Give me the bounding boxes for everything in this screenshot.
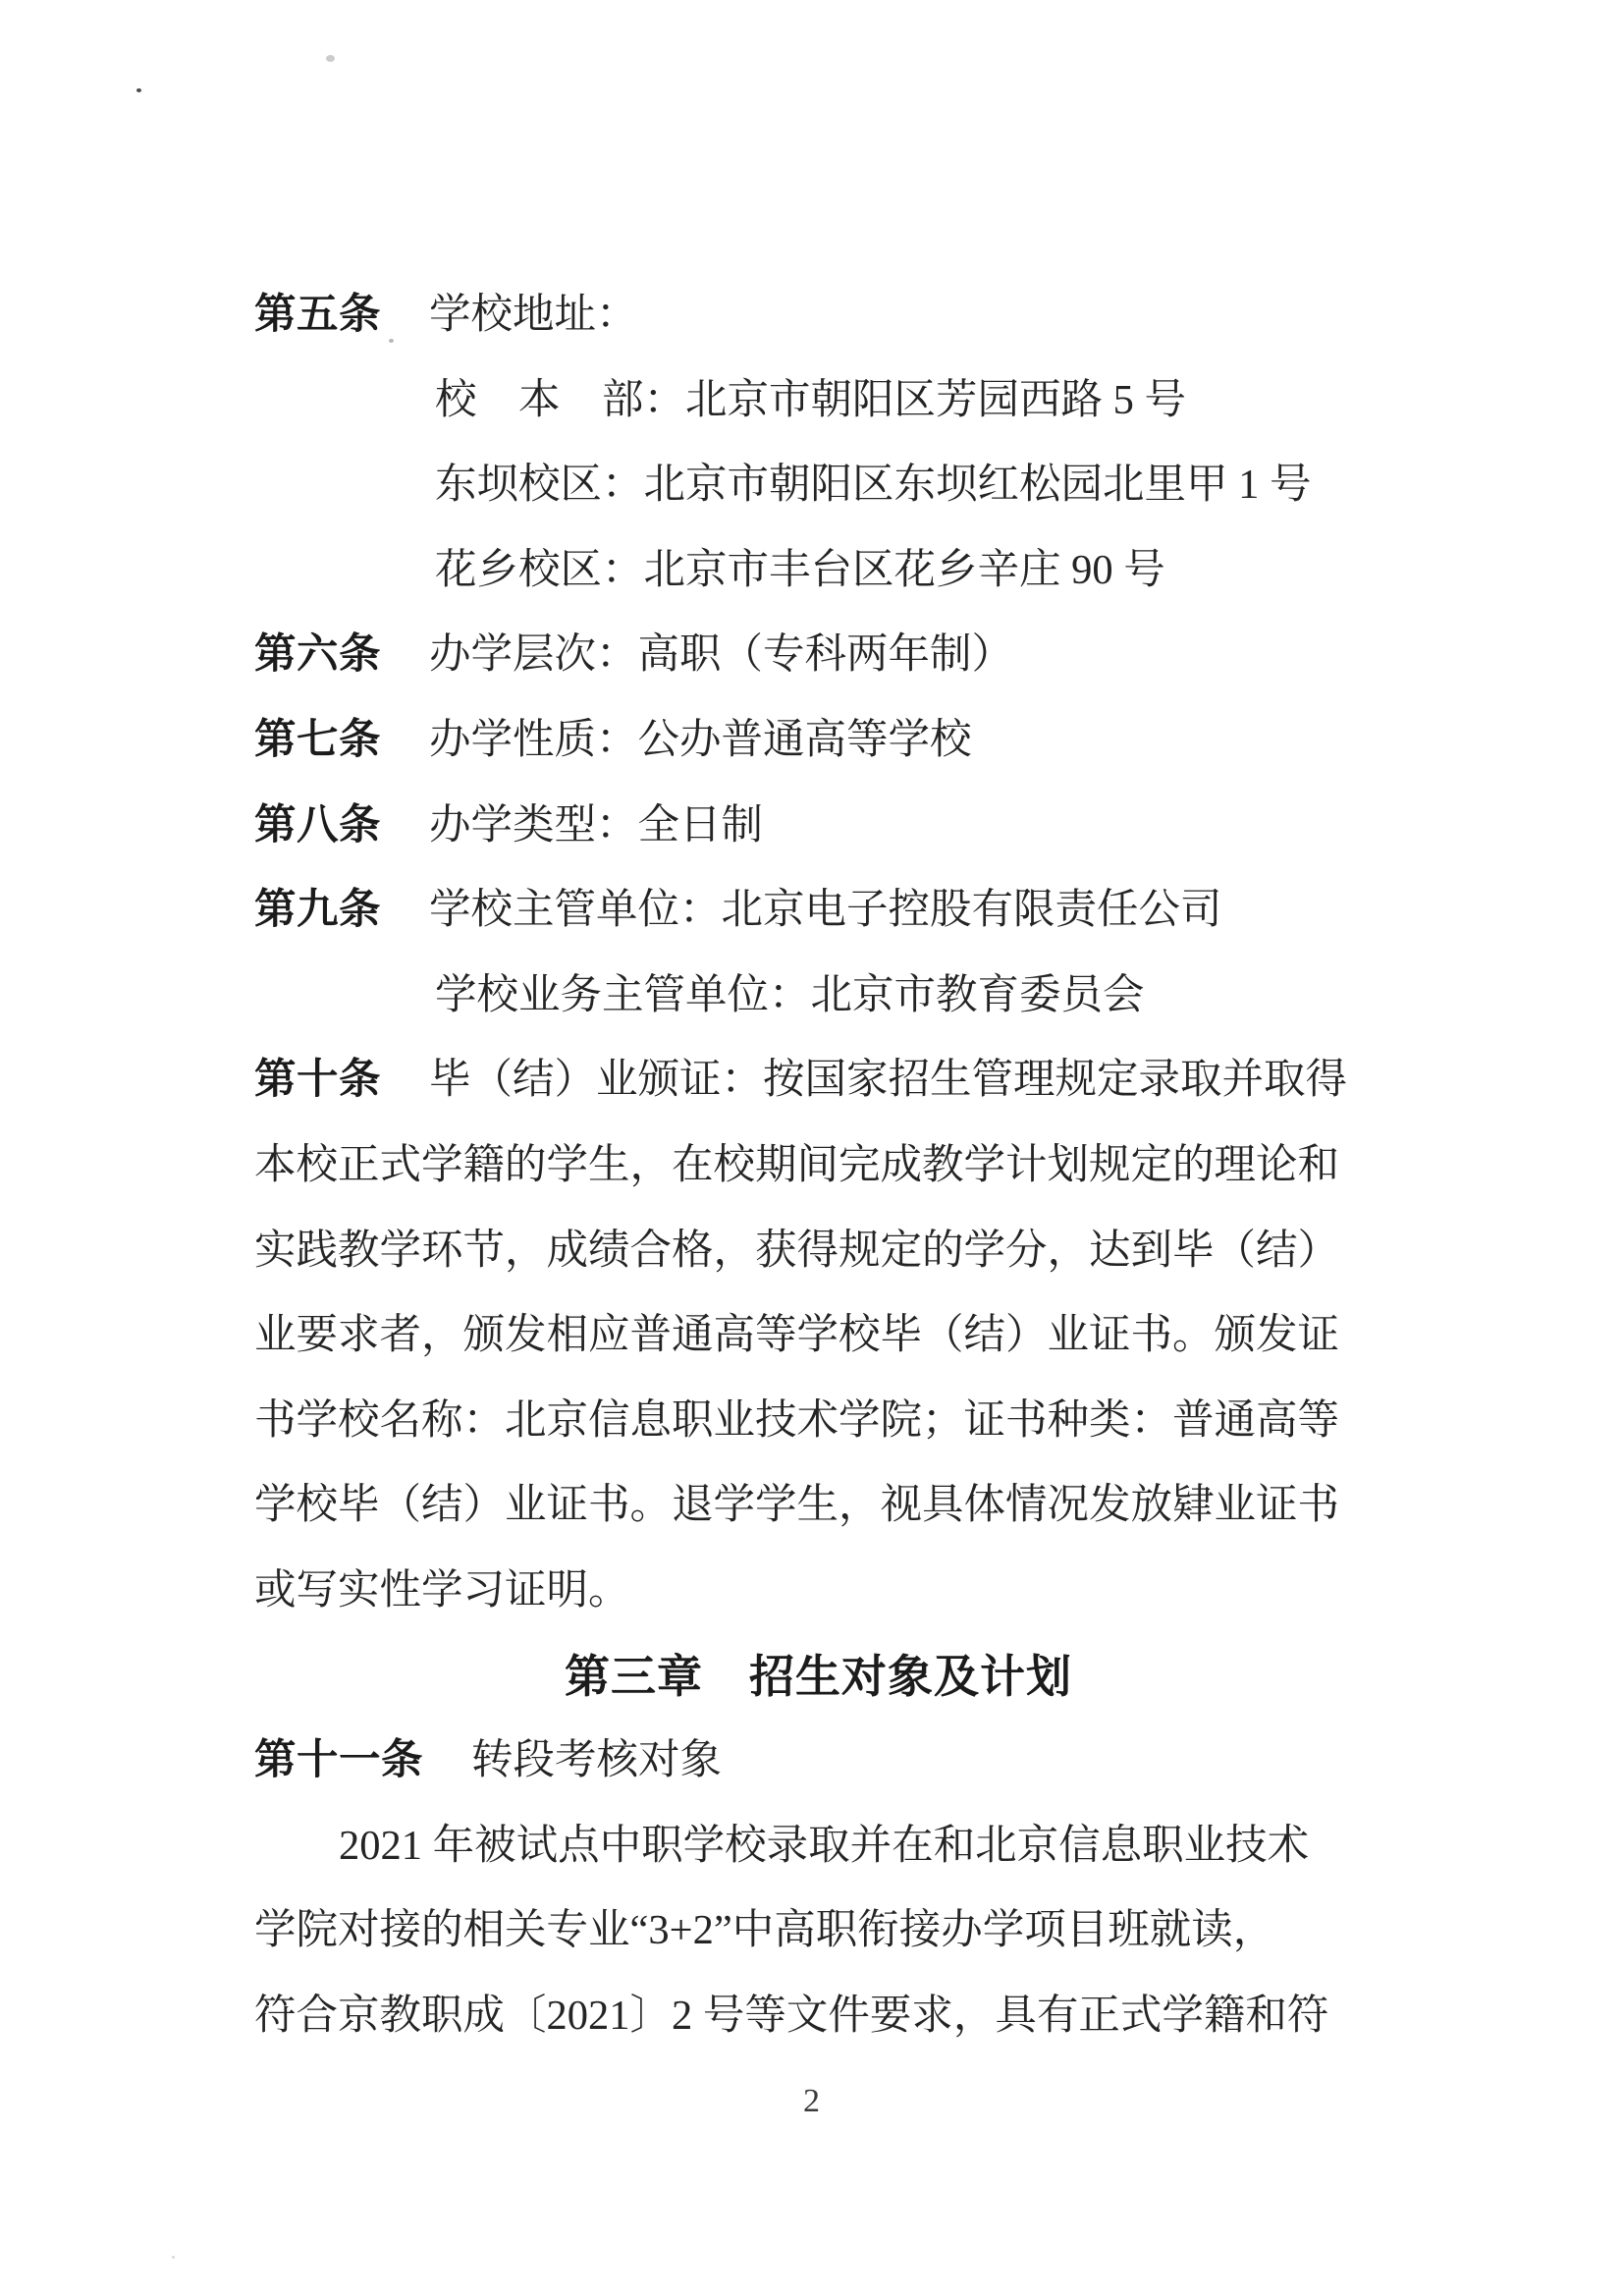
paragraph-line: 学校毕（结）业证书。退学学生，视具体情况发放肄业证书 xyxy=(254,1463,1382,1549)
article-text: 办学类型：全日制 xyxy=(429,802,763,848)
article-label: 第八条 xyxy=(254,801,381,849)
article-label: 第九条 xyxy=(254,886,381,934)
paragraph-line: 本校正式学籍的学生，在校期间完成教学计划规定的理论和 xyxy=(254,1123,1382,1209)
article-label: 第十条 xyxy=(254,1056,381,1104)
body-text: 符合京教职成〔2021〕2 号等文件要求，具有正式学籍和符 xyxy=(254,1993,1328,2039)
article-line-11: 第十一条转段考核对象 xyxy=(254,1719,1382,1804)
paragraph-line: 实践教学环节，成绩合格，获得规定的学分，达到毕（结） xyxy=(254,1209,1382,1294)
body-text: 书学校名称：北京信息职业技术学院；证书种类：普通高等 xyxy=(254,1397,1339,1444)
address-line-dongba-campus: 东坝校区：北京市朝阳区东坝红松园北里甲 1 号 xyxy=(254,443,1382,528)
article-label: 第十一条 xyxy=(254,1736,423,1784)
article-line-5: 第五条学校地址： xyxy=(254,273,1382,358)
address-text: 东坝校区：北京市朝阳区东坝红松园北里甲 1 号 xyxy=(435,462,1312,508)
scan-speck xyxy=(326,55,335,62)
article-text: 学校主管单位：北京电子控股有限责任公司 xyxy=(429,887,1222,933)
page-number: 2 xyxy=(0,2074,1623,2129)
supervisor-unit-line: 学校业务主管单位：北京市教育委员会 xyxy=(254,954,1382,1039)
body-text: 学院对接的相关专业“3+2”中高职衔接办学项目班就读， xyxy=(254,1907,1274,1953)
document-body: 第五条学校地址： 校 本 部：北京市朝阳区芳园西路 5 号 东坝校区：北京市朝阳… xyxy=(254,273,1382,2058)
address-text: 花乡校区：北京市丰台区花乡辛庄 90 号 xyxy=(435,547,1165,593)
body-text: 本校正式学籍的学生，在校期间完成教学计划规定的理论和 xyxy=(254,1142,1339,1188)
paragraph-line: 书学校名称：北京信息职业技术学院；证书种类：普通高等 xyxy=(254,1379,1382,1464)
body-text: 业要求者，颁发相应普通高等学校毕（结）业证书。颁发证 xyxy=(254,1312,1339,1358)
article-text: 学校地址： xyxy=(429,292,638,338)
body-text: 2021 年被试点中职学校录取并在和北京信息职业技术 xyxy=(339,1823,1309,1869)
scan-speck xyxy=(172,2256,175,2259)
body-text: 学校业务主管单位：北京市教育委员会 xyxy=(435,972,1145,1018)
article-text: 毕（结）业颁证：按国家招生管理规定录取并取得 xyxy=(429,1057,1347,1103)
article-line-10: 第十条毕（结）业颁证：按国家招生管理规定录取并取得 xyxy=(254,1038,1382,1123)
paragraph-line: 业要求者，颁发相应普通高等学校毕（结）业证书。颁发证 xyxy=(254,1293,1382,1379)
paragraph-line: 或写实性学习证明。 xyxy=(254,1549,1382,1634)
paragraph-line: 学院对接的相关专业“3+2”中高职衔接办学项目班就读， xyxy=(254,1888,1382,1974)
article-label: 第五条 xyxy=(254,291,381,339)
paragraph-first-line: 2021 年被试点中职学校录取并在和北京信息职业技术 xyxy=(254,1804,1382,1889)
body-text: 学校毕（结）业证书。退学学生，视具体情况发放肄业证书 xyxy=(254,1482,1339,1528)
address-text: 校 本 部：北京市朝阳区芳园西路 5 号 xyxy=(435,377,1186,423)
chapter-heading-text: 第三章 招生对象及计划 xyxy=(565,1650,1072,1703)
article-line-6: 第六条办学层次：高职（专科两年制） xyxy=(254,613,1382,698)
paragraph-line: 符合京教职成〔2021〕2 号等文件要求，具有正式学籍和符 xyxy=(254,1974,1382,2059)
body-text: 实践教学环节，成绩合格，获得规定的学分，达到毕（结） xyxy=(254,1228,1339,1274)
body-text: 或写实性学习证明。 xyxy=(254,1567,630,1613)
article-line-8: 第八条办学类型：全日制 xyxy=(254,784,1382,869)
article-text: 转段考核对象 xyxy=(471,1737,722,1783)
scanned-document-page: 第五条学校地址： 校 本 部：北京市朝阳区芳园西路 5 号 东坝校区：北京市朝阳… xyxy=(0,0,1623,2296)
article-label: 第七条 xyxy=(254,716,381,764)
address-line-main-campus: 校 本 部：北京市朝阳区芳园西路 5 号 xyxy=(254,358,1382,444)
article-text: 办学层次：高职（专科两年制） xyxy=(429,631,1013,678)
article-label: 第六条 xyxy=(254,630,381,679)
scan-speck xyxy=(136,88,141,92)
article-text: 办学性质：公办普通高等学校 xyxy=(429,717,972,763)
article-line-9: 第九条学校主管单位：北京电子控股有限责任公司 xyxy=(254,868,1382,954)
chapter-heading: 第三章 招生对象及计划 xyxy=(254,1634,1382,1720)
article-line-7: 第七条办学性质：公办普通高等学校 xyxy=(254,698,1382,784)
address-line-huaxiang-campus: 花乡校区：北京市丰台区花乡辛庄 90 号 xyxy=(254,528,1382,614)
